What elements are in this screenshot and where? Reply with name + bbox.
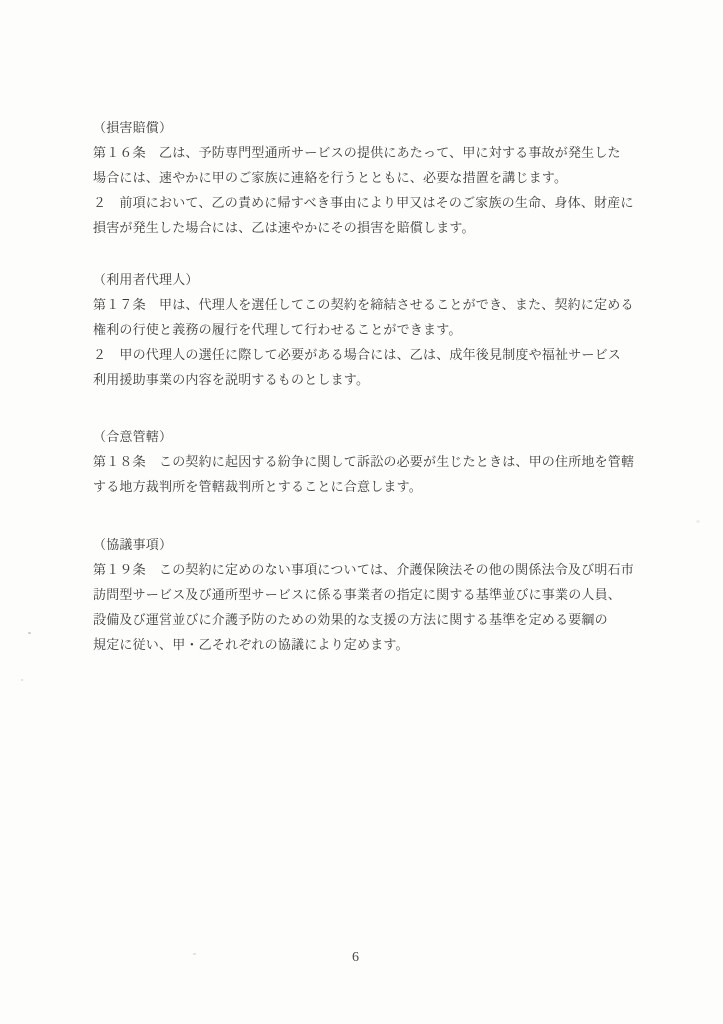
scan-speck [28, 632, 31, 634]
scan-speck [696, 520, 700, 523]
scan-speck [21, 679, 23, 681]
article-19-line: 第１９条 この契約に定めのない事項については、介護保険法その他の関係法令及び明石… [93, 557, 703, 582]
article-19-line: 設備及び運営並びに介護予防のための効果的な支援の方法に関する基準を定める要綱の [93, 607, 703, 632]
section-heading-jurisdiction: （合意管轄） [93, 424, 703, 449]
document-page: （損害賠償） 第１６条 乙は、予防専門型通所サービスの提供にあたって、甲に対する… [0, 0, 723, 1024]
article-16-line: 場合には、速やかに甲のご家族に連絡を行うとともに、必要な措置を講じます。 [93, 165, 703, 190]
article-16-line: ２ 前項において、乙の責めに帰すべき事由により甲又はそのご家族の生命、身体、財産… [93, 190, 703, 215]
article-19-line: 規定に従い、甲・乙それぞれの協議により定めます。 [93, 632, 703, 657]
section-heading-consultation: （協議事項） [93, 532, 703, 557]
section-article-18: （合意管轄） 第１８条 この契約に起因する紛争に関して訴訟の必要が生じたときは、… [93, 424, 703, 499]
article-17-line: ２ 甲の代理人の選任に際して必要がある場合には、乙は、成年後見制度や福祉サービス [93, 342, 703, 367]
page-number: 6 [0, 945, 711, 970]
article-18-line: 第１８条 この契約に起因する紛争に関して訴訟の必要が生じたときは、甲の住所地を管… [93, 449, 703, 474]
section-heading-user-agent: （利用者代理人） [93, 267, 703, 292]
article-16-line: 第１６条 乙は、予防専門型通所サービスの提供にあたって、甲に対する事故が発生した [93, 140, 703, 165]
section-article-16: （損害賠償） 第１６条 乙は、予防専門型通所サービスの提供にあたって、甲に対する… [93, 115, 703, 240]
scan-speck [193, 953, 196, 955]
section-article-17: （利用者代理人） 第１７条 甲は、代理人を選任してこの契約を締結させることができ… [93, 267, 703, 392]
article-19-line: 訪問型サービス及び通所型サービスに係る事業者の指定に関する基準並びに事業の人員、 [93, 582, 703, 607]
article-17-line: 利用援助事業の内容を説明するものとします。 [93, 367, 703, 392]
article-16-line: 損害が発生した場合には、乙は速やかにその損害を賠償します。 [93, 215, 703, 240]
section-heading-damages: （損害賠償） [93, 115, 703, 140]
article-17-line: 権利の行使と義務の履行を代理して行わせることができます。 [93, 317, 703, 342]
section-article-19: （協議事項） 第１９条 この契約に定めのない事項については、介護保険法その他の関… [93, 532, 703, 657]
article-18-line: する地方裁判所を管轄裁判所とすることに合意します。 [93, 474, 703, 499]
article-17-line: 第１７条 甲は、代理人を選任してこの契約を締結させることができ、また、契約に定め… [93, 292, 703, 317]
